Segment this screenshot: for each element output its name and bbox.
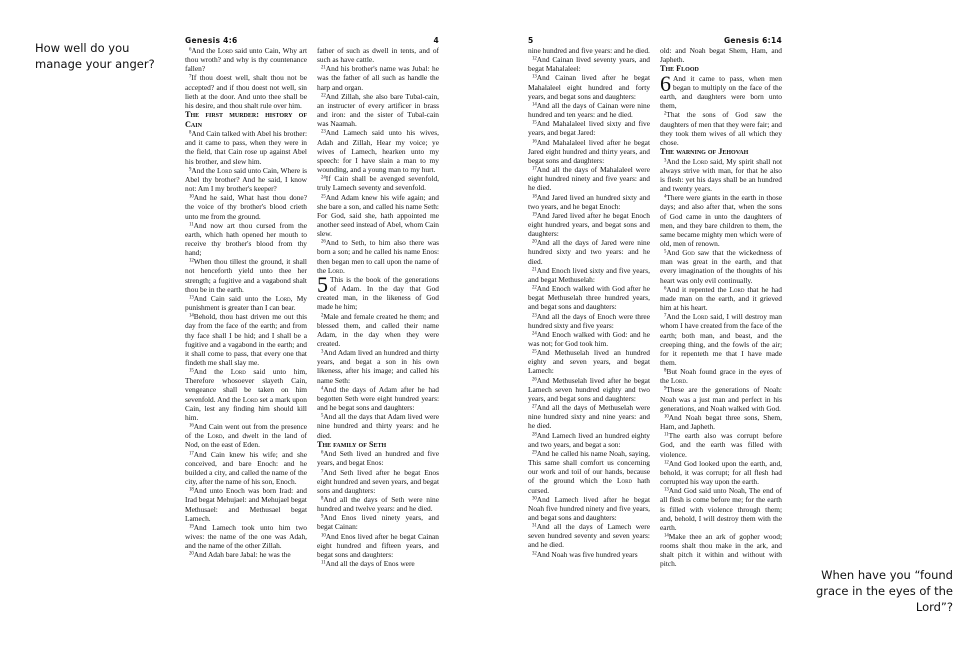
running-head: Genesis 6:14 (724, 36, 782, 45)
chapter-number: 6 (660, 75, 671, 92)
verse: 31And all the days of Lamech were seven … (528, 522, 650, 549)
verse-number: 4 (664, 195, 666, 200)
verse: 9And Enos lived ninety years, and begat … (317, 513, 439, 531)
divine-name: Lord (218, 46, 233, 55)
verse-number: 31 (532, 524, 537, 529)
verse-number: 32 (532, 551, 537, 556)
verse-number: 13 (532, 75, 537, 80)
page-header: Genesis 4:6 4 (185, 36, 439, 46)
verse: 6And the Lord said unto Cain, Why art th… (185, 46, 307, 73)
verse: 4There were giants in the earth in those… (660, 193, 782, 248)
verse: 15And the Lord said unto him, Therefore … (185, 367, 307, 422)
verse-number: 9 (664, 387, 666, 392)
column-right: father of such as dwell in tents, and of… (317, 46, 439, 568)
verse-number: 24 (321, 176, 326, 181)
page-5: 5 Genesis 6:14 nine hundred and five yea… (528, 36, 782, 569)
verse: 9These are the generations of Noah: Noah… (660, 385, 782, 412)
verse: 10And Noah begat three sons, Shem, Ham, … (660, 413, 782, 431)
verse: 28And Lamech lived an hundred eighty and… (528, 431, 650, 449)
verse-number: 9 (189, 167, 191, 172)
section-heading: The family of Seth (317, 440, 439, 450)
verse: 17And all the days of Mahalaleel were ei… (528, 165, 650, 192)
verse: 13And God said unto Noah, The end of all… (660, 486, 782, 532)
verse: 26And Methuselah lived after he begat La… (528, 376, 650, 403)
verse-number: 2 (321, 313, 323, 318)
verse: 18And Jared lived an hundred sixty and t… (528, 193, 650, 211)
verse: 12And Cainan lived seventy years, and be… (528, 55, 650, 73)
verse-number: 19 (532, 212, 537, 217)
divine-name: Lord (693, 312, 708, 321)
verse-number: 29 (532, 450, 537, 455)
verse-number: 10 (321, 533, 326, 538)
verse: 5And God saw that the wickedness of man … (660, 248, 782, 285)
page-number: 4 (433, 36, 439, 45)
verse-number: 5 (321, 414, 323, 419)
verse-number: 27 (532, 405, 537, 410)
verse-number: 23 (532, 313, 537, 318)
verse: 2That the sons of God saw the daughters … (660, 110, 782, 147)
verse-number: 8 (664, 369, 666, 374)
page-number: 5 (528, 36, 534, 45)
verse-number: 16 (532, 139, 537, 144)
verse-number: 11 (321, 561, 326, 566)
verse-number: 21 (532, 267, 537, 272)
verse: 24And Enoch walked with God: and he was … (528, 330, 650, 348)
verse: 13And Cainan lived after he begat Mahala… (528, 73, 650, 100)
verse: 29And he called his name Noah, saying, T… (528, 449, 650, 495)
verse: 8But Noah found grace in the eyes of the… (660, 367, 782, 385)
verse-number: 14 (532, 102, 537, 107)
verse: 14And all the days of Cainan were nine h… (528, 101, 650, 119)
verse: 24If Cain shall be avenged sevenfold, tr… (317, 174, 439, 192)
page-4: Genesis 4:6 4 6And the Lord said unto Ca… (185, 36, 439, 568)
chapter-number: 5 (317, 276, 328, 293)
verse: 25And Adam knew his wife again; and she … (317, 193, 439, 239)
verse-number: 18 (532, 194, 537, 199)
divine-name: God (682, 248, 695, 257)
verse-number: 10 (664, 414, 669, 419)
verse-number: 9 (321, 515, 323, 520)
divine-name: Lord (217, 166, 232, 175)
verse: 16And Cain went out from the presence of… (185, 422, 307, 449)
verse-number: 8 (189, 131, 191, 136)
verse-number: 20 (532, 240, 537, 245)
verse-number: 28 (532, 432, 537, 437)
section-heading: The first murder: history of Cain (185, 110, 307, 129)
running-head: Genesis 4:6 (185, 36, 238, 45)
verse-number: 13 (189, 295, 194, 300)
column-left: nine hundred and five years: and he died… (528, 46, 650, 569)
verse: 13And Cain said unto the Lord, My punish… (185, 294, 307, 312)
verse: 17And Cain knew his wife; and she concei… (185, 450, 307, 487)
verse-continuation: old: and Noah begat Shem, Ham, and Japhe… (660, 46, 782, 64)
verse-number: 15 (532, 121, 537, 126)
verse: 15And Mahalaleel lived sixty and five ye… (528, 119, 650, 137)
verse-number: 6 (664, 286, 666, 291)
verse: 2Male and female created he them; and bl… (317, 312, 439, 349)
verse-number: 25 (321, 194, 326, 199)
column-left: 6And the Lord said unto Cain, Why art th… (185, 46, 307, 568)
verse-number: 12 (664, 460, 669, 465)
verse-number: 17 (532, 167, 537, 172)
verse-number: 5 (664, 250, 666, 255)
verse: 3And the Lord said, My spirit shall not … (660, 157, 782, 194)
verse-number: 14 (664, 533, 669, 538)
verse: 11And now art thou cursed from the earth… (185, 221, 307, 258)
margin-note-anger: How well do you manage your anger? (35, 40, 175, 72)
verse: 18And unto Enoch was born Irad: and Irad… (185, 486, 307, 523)
verse: 7And Seth lived after he begat Enos eigh… (317, 468, 439, 495)
verse: 20And Adah bare Jabal: he was the (185, 550, 307, 559)
verse: 12And God looked upon the earth, and, be… (660, 459, 782, 486)
verse-number: 16 (189, 424, 194, 429)
verse: 8And all the days of Seth were nine hund… (317, 495, 439, 513)
verse-number: 23 (321, 130, 326, 135)
verse: 10And Enos lived after he begat Cainan e… (317, 532, 439, 559)
verse: 14Make thee an ark of gopher wood; rooms… (660, 532, 782, 569)
verse: 16And Mahalaleel lived after he begat Ja… (528, 138, 650, 165)
verse: 26And to Seth, to him also there was bor… (317, 238, 439, 275)
verse: 22And Zillah, she also bare Tubal-cain, … (317, 92, 439, 129)
verse: 22And Enoch walked with God after he beg… (528, 284, 650, 311)
verse-number: 6 (189, 48, 191, 53)
verse: 7And the Lord said, I will destroy man w… (660, 312, 782, 367)
verse-number: 19 (189, 524, 194, 529)
verse-number: 12 (189, 259, 194, 264)
verse-number: 3 (321, 350, 323, 355)
chapter-start: 5This is the book of the generations of … (317, 275, 439, 312)
verse-number: 18 (189, 488, 194, 493)
verse-number: 8 (321, 497, 323, 502)
verse-number: 11 (664, 433, 669, 438)
verse: 21And his brother's name was Jubal: he w… (317, 64, 439, 91)
verse: 23And all the days of Enoch were three h… (528, 312, 650, 330)
verse-number: 12 (532, 57, 537, 62)
chapter-start: 6And it came to pass, when men began to … (660, 74, 782, 111)
verse: 14Behold, thou hast driven me out this d… (185, 312, 307, 367)
verse: 9And the Lord said unto Cain, Where is A… (185, 166, 307, 193)
verse: 8And Cain talked with Abel his brother: … (185, 129, 307, 166)
verse: 19And Jared lived after he begat Enoch e… (528, 211, 650, 238)
verse-number: 15 (189, 369, 194, 374)
verse: 27And all the days of Methuselah were ni… (528, 403, 650, 430)
divine-name: Lord (693, 157, 708, 166)
section-heading: The Flood (660, 64, 782, 74)
verse-number: 26 (532, 377, 537, 382)
verse-number: 3 (664, 158, 666, 163)
verse: 11And all the days of Enos were (317, 559, 439, 568)
verse-number: 20 (189, 552, 194, 557)
divine-name: Lord (671, 376, 686, 385)
verse-number: 13 (664, 488, 669, 493)
verse: 23And Lamech said unto his wives, Adah a… (317, 128, 439, 174)
verse-number: 25 (532, 350, 537, 355)
verse-continuation: father of such as dwell in tents, and of… (317, 46, 439, 64)
verse: 19And Lamech took unto him two wives: th… (185, 523, 307, 550)
verse-number: 22 (321, 93, 326, 98)
verse-number: 11 (189, 222, 194, 227)
verse-number: 7 (321, 469, 323, 474)
verse-number: 17 (189, 451, 194, 456)
verse-number: 24 (532, 331, 537, 336)
verse: 6And Seth lived an hundred and five year… (317, 449, 439, 467)
divine-name: Lord (617, 476, 632, 485)
verse-number: 21 (321, 66, 326, 71)
page-header: 5 Genesis 6:14 (528, 36, 782, 46)
verse: 4And the days of Adam after he had begot… (317, 385, 439, 412)
margin-note-grace: When have you “found grace in the eyes o… (812, 567, 953, 615)
verse: 5And all the days that Adam lived were n… (317, 412, 439, 439)
verse-number: 7 (664, 314, 666, 319)
verse: 12When thou tillest the ground, it shall… (185, 257, 307, 294)
verse-number: 7 (189, 75, 191, 80)
divine-name: Lord (231, 367, 246, 376)
verse-number: 2 (664, 112, 666, 117)
verse: 30And Lamech lived after he begat Noah f… (528, 495, 650, 522)
section-heading: The warning of Jehovah (660, 147, 782, 157)
verse-number: 10 (189, 195, 194, 200)
verse-number: 6 (321, 451, 323, 456)
divine-name: Lord (729, 285, 744, 294)
verse: 21And Enoch lived sixty and five years, … (528, 266, 650, 284)
divine-name: Lord (276, 294, 291, 303)
verse: 6And it repented the Lord that he had ma… (660, 285, 782, 312)
divine-name: Lord (207, 431, 222, 440)
divine-name: Lord (243, 395, 258, 404)
verse: 25And Methuselah lived an hundred eighty… (528, 348, 650, 375)
verse: 20And all the days of Jared were nine hu… (528, 238, 650, 265)
verse-number: 30 (532, 496, 537, 501)
verse-number: 14 (189, 314, 194, 319)
verse-number: 22 (532, 286, 537, 291)
divine-name: Lord (328, 266, 343, 275)
verse: 7If thou doest well, shalt thou not be a… (185, 73, 307, 110)
column-right: old: and Noah begat Shem, Ham, and Japhe… (660, 46, 782, 569)
verse: 32And Noah was five hundred years (528, 550, 650, 559)
verse: 3And Adam lived an hundred and thirty ye… (317, 348, 439, 385)
verse: 11The earth also was corrupt before God,… (660, 431, 782, 458)
verse-number: 26 (321, 240, 326, 245)
verse-number: 4 (321, 386, 323, 391)
verse-continuation: nine hundred and five years: and he died… (528, 46, 650, 55)
verse: 10And he said, What hast thou done? the … (185, 193, 307, 220)
